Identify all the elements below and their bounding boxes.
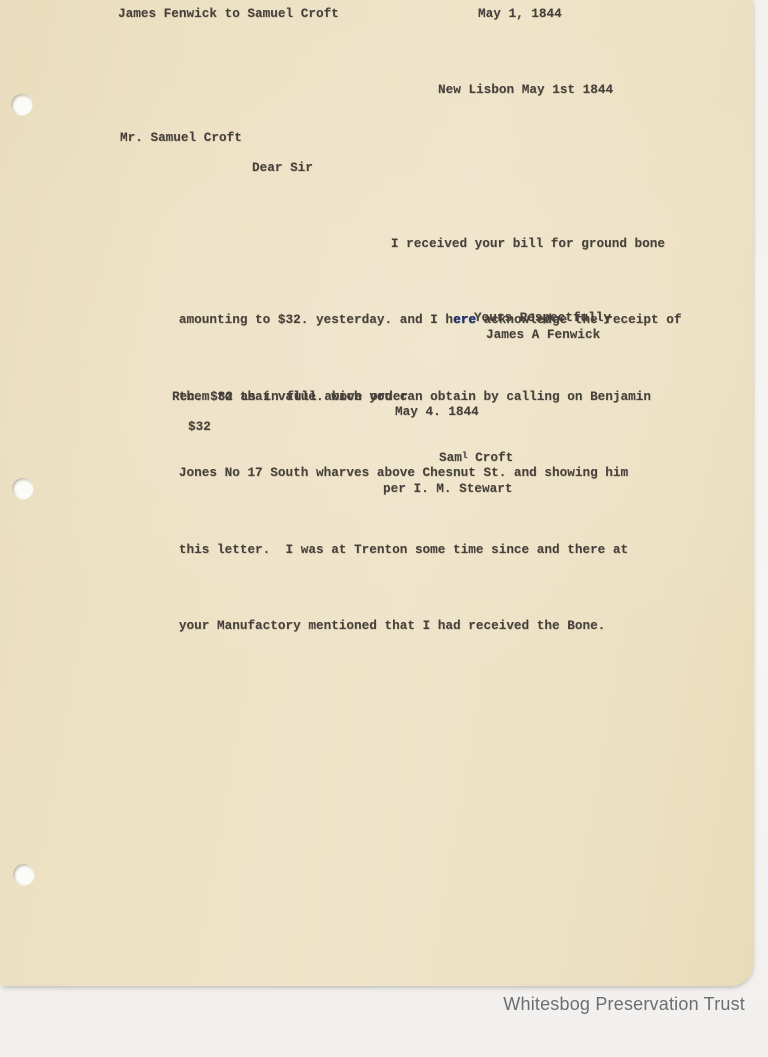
letter-dateline: New Lisbon May 1st 1844 <box>438 82 613 97</box>
receipt-note: Rec. $32 as in full above order <box>172 389 408 404</box>
punch-hole-middle <box>12 478 33 499</box>
attribution-watermark: Whitesbog Preservation Trust <box>503 994 745 1015</box>
body-text: I received your bill for ground bone <box>391 236 665 251</box>
letter-body: I received your bill for ground bone amo… <box>118 190 681 680</box>
letter-recipient: Mr. Samuel Croft <box>120 130 242 145</box>
overstruck-correction-text: ere <box>453 312 476 327</box>
letter-paper: James Fenwick to Samuel Croft May 1, 184… <box>0 0 753 986</box>
body-text: this letter. I was at Trenton some time … <box>179 542 628 557</box>
signer-name-prefix: Sam <box>439 450 462 465</box>
body-text: Jones No 17 South wharves above Chesnut … <box>179 465 628 480</box>
letter-salutation: Dear Sir <box>252 160 313 175</box>
signer-superscript: l <box>462 450 468 461</box>
scanned-letter-page: James Fenwick to Samuel Croft May 1, 184… <box>0 0 768 1057</box>
signer-name-rest: Croft <box>468 450 514 465</box>
letter-body-line: I received your bill for ground bone <box>118 221 681 267</box>
receipt-per-line: per I. M. Stewart <box>383 481 512 496</box>
archive-caption-date: May 1, 1844 <box>478 6 562 21</box>
punch-hole-bottom <box>13 864 34 885</box>
body-text: amounting to $32. yesterday. and I h <box>179 312 453 327</box>
letter-closing: Yours Respectfully <box>474 310 611 325</box>
letter-body-line: your Manufactory mentioned that I had re… <box>118 603 681 649</box>
letter-signature: James A Fenwick <box>486 327 600 342</box>
receipt-amount: $32 <box>188 419 211 434</box>
receipt-date: May 4. 1844 <box>395 404 479 419</box>
archive-caption-names: James Fenwick to Samuel Croft <box>118 6 339 21</box>
punch-hole-top <box>11 94 32 115</box>
letter-body-line: this letter. I was at Trenton some time … <box>118 527 681 573</box>
body-text: your Manufactory mentioned that I had re… <box>179 618 605 633</box>
receipt-signer: Saml Croft <box>439 450 513 466</box>
